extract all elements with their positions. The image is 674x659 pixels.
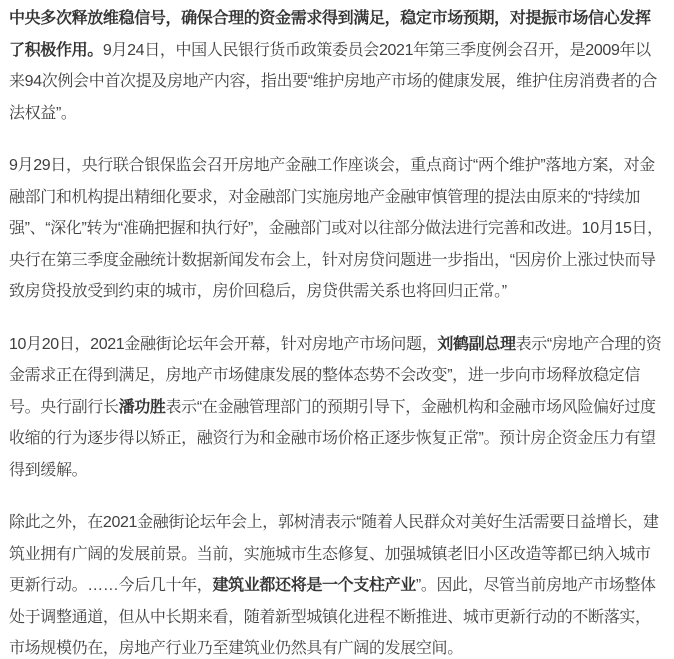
paragraph: 除此之外，在2021金融街论坛年会上，郭树清表示“随着人民群众对美好生活需要日益… bbox=[9, 507, 666, 659]
article-body: 中央多次释放维稳信号，确保合理的资金需求得到满足，稳定市场预期，对提振市场信心发… bbox=[0, 0, 674, 659]
paragraph: 9月29日，央行联合银保监会召开房地产金融工作座谈会，重点商讨“两个维护”落地方… bbox=[9, 150, 666, 308]
body-text: 9月29日，央行联合银保监会召开房地产金融工作座谈会，重点商讨“两个维护”落地方… bbox=[9, 157, 663, 300]
emphasis-text: 刘鹤副总理 bbox=[437, 336, 515, 353]
body-text: 9月24日，中国人民银行货币政策委员会2021年第三季度例会召开，是2009年以… bbox=[9, 42, 657, 122]
emphasis-text: 建筑业都还将是一个支柱产业 bbox=[212, 577, 415, 594]
paragraph: 10月20日，2021金融街论坛年会开幕，针对房地产市场问题，刘鹤副总理表示“房… bbox=[9, 329, 666, 487]
body-text: 10月20日，2021金融街论坛年会开幕，针对房地产市场问题， bbox=[9, 336, 437, 353]
paragraph: 中央多次释放维稳信号，确保合理的资金需求得到满足，稳定市场预期，对提振市场信心发… bbox=[9, 3, 666, 129]
emphasis-text: 潘功胜 bbox=[119, 399, 166, 416]
